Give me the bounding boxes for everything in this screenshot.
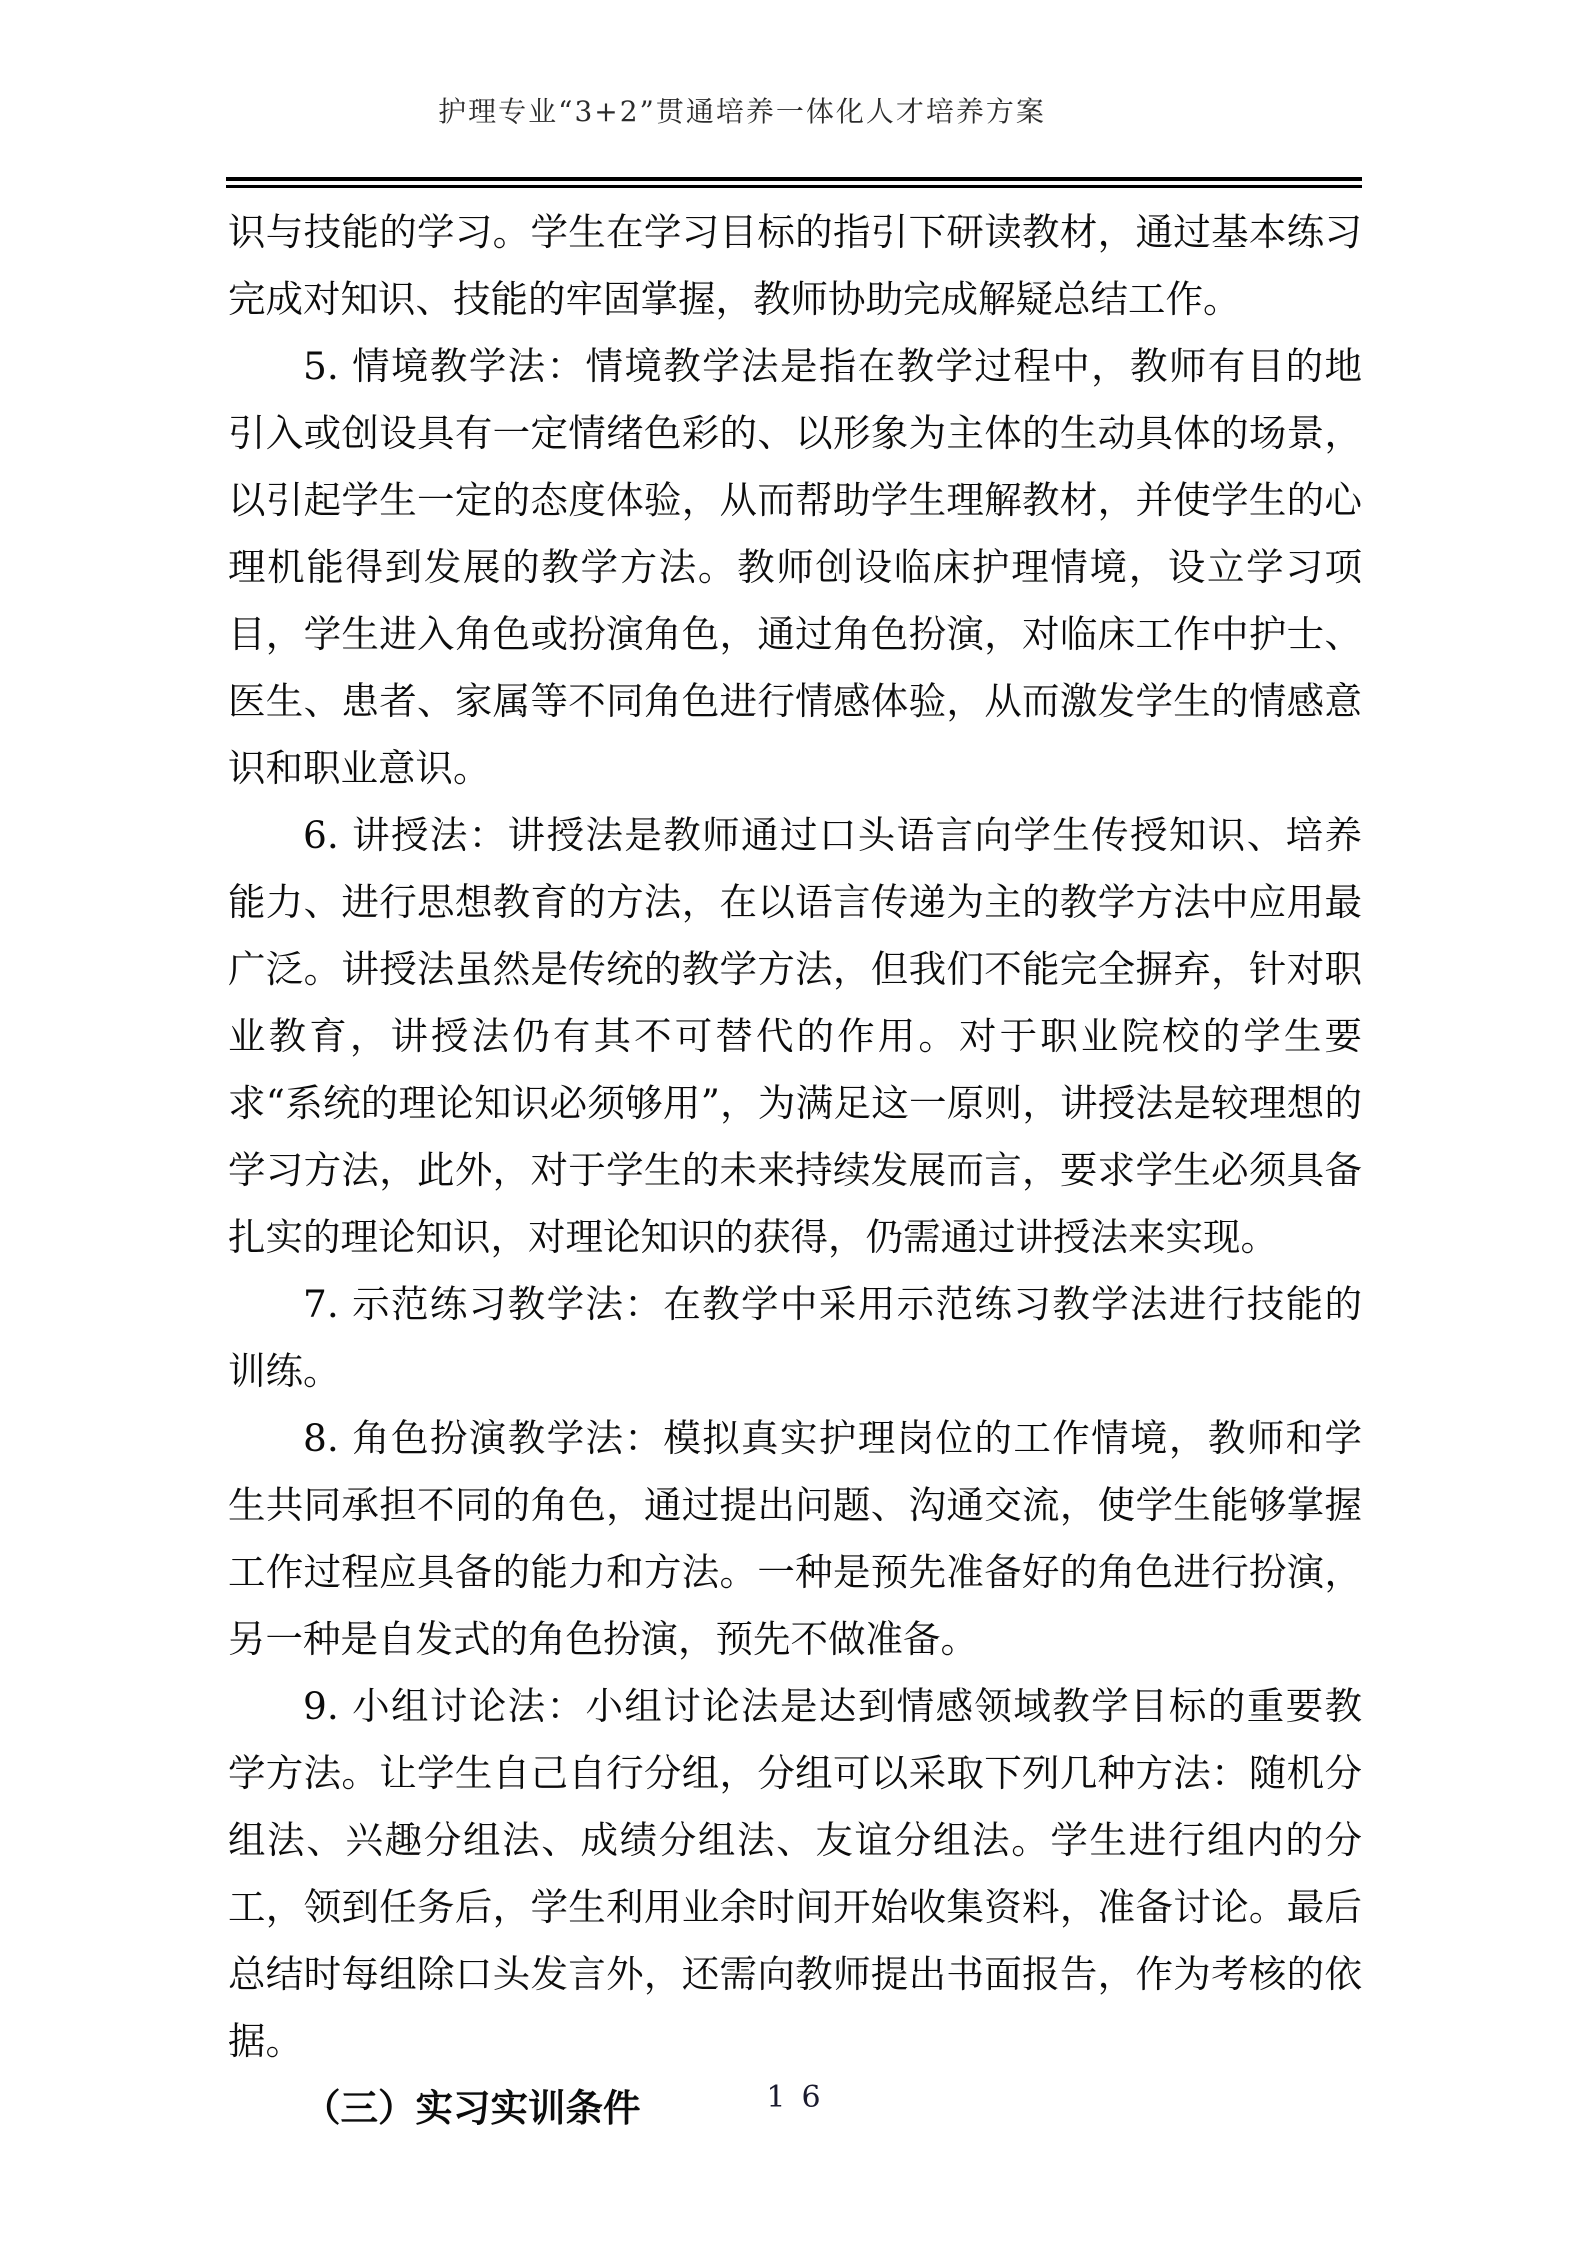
paragraph-continuation: 识与技能的学习。学生在学习目标的指引下研读教材，通过基本练习完成对知识、技能的牢…: [228, 199, 1362, 333]
page-header-title: 护理专业“3+2”贯通培养一体化人才培养方案: [174, 92, 1310, 132]
paragraph-method-6: 6. 讲授法：讲授法是教师通过口头语言向学生传授知识、培养能力、进行思想教育的方…: [228, 802, 1362, 1271]
header-double-rule: [226, 177, 1362, 188]
paragraph-method-7: 7. 示范练习教学法：在教学中采用示范练习教学法进行技能的训练。: [228, 1271, 1362, 1405]
document-body: 识与技能的学习。学生在学习目标的指引下研读教材，通过基本练习完成对知识、技能的牢…: [228, 199, 1362, 2142]
paragraph-method-8: 8. 角色扮演教学法：模拟真实护理岗位的工作情境，教师和学生共同承担不同的角色，…: [228, 1405, 1362, 1673]
paragraph-method-5: 5. 情境教学法：情境教学法是指在教学过程中，教师有目的地引入或创设具有一定情绪…: [228, 333, 1362, 802]
paragraph-method-9: 9. 小组讨论法：小组讨论法是达到情感领域教学目标的重要教学方法。让学生自己自行…: [228, 1673, 1362, 2075]
page-number: 16: [0, 2078, 1587, 2118]
document-page: 护理专业“3+2”贯通培养一体化人才培养方案 识与技能的学习。学生在学习目标的指…: [0, 0, 1587, 2245]
